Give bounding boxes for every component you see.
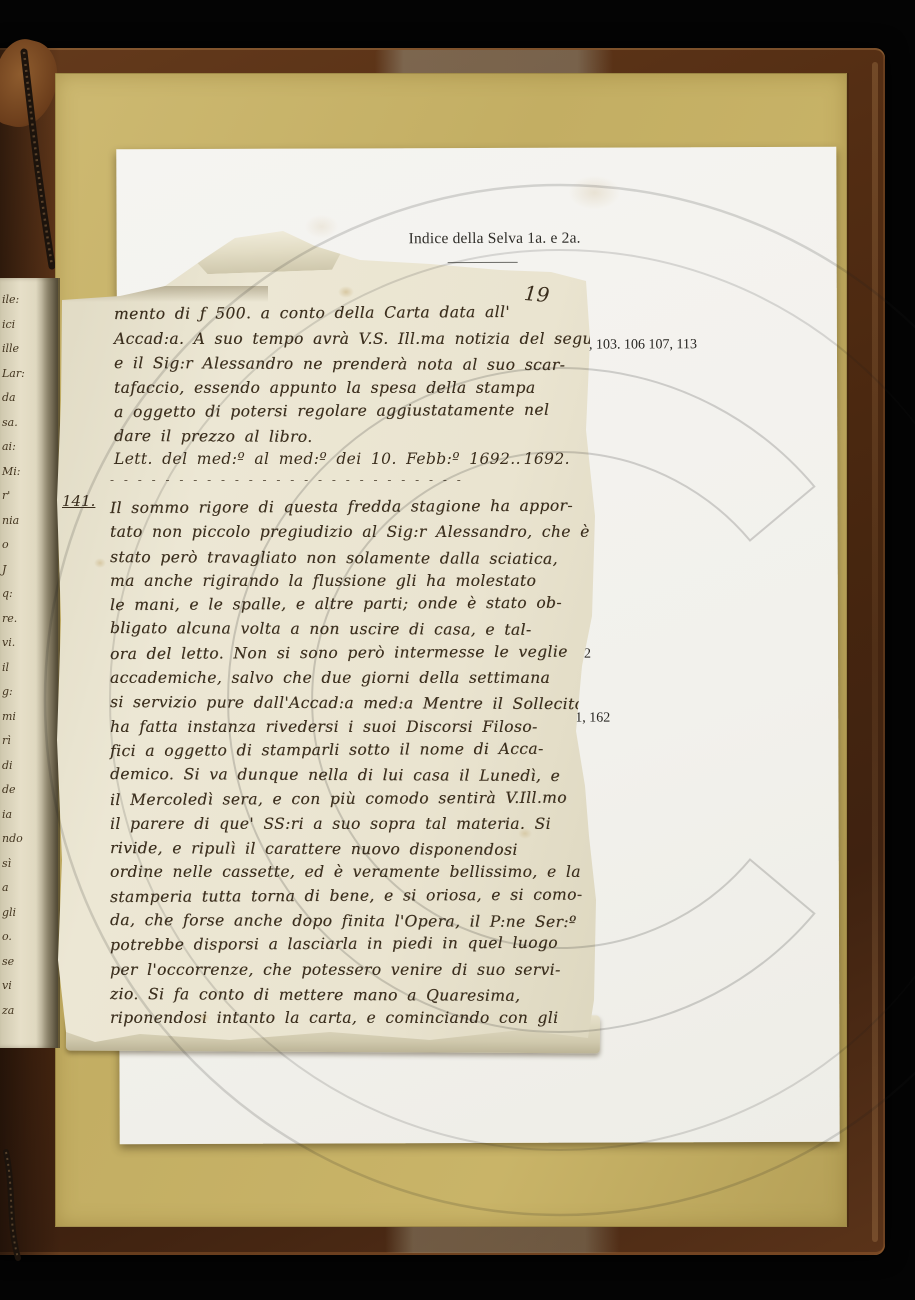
manuscript-opening-paragraph: mento di ƒ 500. a conto della Carta data… — [114, 302, 620, 449]
handwriting-fragment: se — [0, 950, 36, 975]
handwriting-line: stato però travagliato non solamente dal… — [110, 545, 590, 571]
handwriting-fragment: gli — [0, 901, 36, 926]
handwriting-line: zio. Si fa conto di mettere mano a Quare… — [110, 982, 590, 1008]
foxing-stain — [568, 176, 620, 210]
handwriting-line: tato non piccolo pregiudizio al Sig:r Al… — [110, 520, 590, 544]
handwriting-fragment: sì — [0, 852, 36, 877]
handwriting-fragment: di — [0, 754, 36, 779]
handwriting-fragment: o. — [0, 925, 36, 950]
foxing-stain — [94, 558, 106, 568]
handwriting-fragment: ai: — [0, 435, 36, 460]
index-number-line-3: 1, 162 — [575, 711, 610, 727]
foxing-stain — [338, 286, 354, 298]
handwriting-fragment: J — [0, 558, 36, 583]
foxing-stain — [304, 214, 338, 238]
handwriting-line: ha fatta instanza rivedersi i suoi Disco… — [110, 715, 590, 739]
handwriting-line: si servizio pure dall'Accad:a med:a Ment… — [110, 690, 590, 716]
handwriting-line: dare il prezzo al libro. — [114, 423, 620, 450]
handwriting-line: Accad:a. A suo tempo avrà V.S. Ill.ma no… — [114, 327, 620, 352]
handwriting-line: tafaccio, essendo appunto la spesa della… — [114, 376, 620, 401]
handwriting-fragment: g: — [0, 680, 36, 705]
handwriting-fragment: da — [0, 386, 36, 411]
handwriting-fragment: de — [0, 778, 36, 803]
handwriting-line: le mani, e le spalle, e altre parti; ond… — [110, 591, 590, 618]
handwriting-fragment: ille — [0, 337, 36, 362]
foxing-stain — [198, 1013, 210, 1022]
worn-leather-patch-top — [375, 50, 613, 74]
handwriting-line: a oggetto di potersi regolare aggiustata… — [114, 397, 620, 424]
foxing-stain — [518, 828, 532, 839]
handwriting-line: bligato alcuna volta a non uscire di cas… — [110, 616, 590, 642]
handwriting-line: ordine nelle cassette, ed è veramente be… — [110, 860, 590, 884]
paragraph-number: 141. — [62, 492, 95, 510]
header-rule — [448, 262, 518, 263]
handwriting-line: riponendosi intanto la carta, e comincia… — [110, 1006, 590, 1030]
handwriting-line: il Mercoledì sera, e con più comodo sent… — [110, 785, 590, 812]
handwriting-line: rivide, e ripulì il carattere nuovo disp… — [110, 836, 590, 862]
handwriting-fragment: vi — [0, 974, 36, 999]
letter-caption: Lett. del med:º al med:º dei 10. Febb:º … — [114, 450, 521, 468]
manuscript-main-paragraph: Il sommo rigore di questa fredda stagion… — [110, 496, 590, 1031]
photo-of-manuscript-book: Indice della Selva 1a. e 2a. 1, 103. 106… — [0, 0, 915, 1300]
handwriting-line: stamperia tutta torna di bene, e si orio… — [110, 882, 590, 909]
handwriting-fragment: vi. — [0, 631, 36, 656]
dashed-separator: - - - - - - - - - - - - - - - - - - - - … — [110, 473, 568, 487]
handwriting-fragment: r' — [0, 484, 36, 509]
handwriting-fragment: a — [0, 876, 36, 901]
letter-caption-line: Lett. del med:º al med:º dei 10. Febb:º … — [114, 450, 570, 468]
handwriting-fragment: ile: — [0, 288, 36, 313]
handwriting-line: per l'occorrenze, che potessero venire d… — [110, 958, 590, 982]
manuscript-page: 19 mento di ƒ 500. a conto della Carta d… — [52, 226, 600, 1044]
handwriting-line: ora del letto. Non si sono però intermes… — [110, 639, 590, 666]
handwriting-fragment: ia — [0, 803, 36, 828]
handwriting-fragment: za — [0, 999, 36, 1024]
handwriting-fragment: Lar: — [0, 362, 36, 387]
handwriting-line: demico. Si va dunque nella di lui casa i… — [110, 762, 590, 788]
worn-leather-patch-bottom — [385, 1226, 620, 1253]
printed-page-header: Indice della Selva 1a. e 2a. — [409, 229, 669, 248]
handwriting-fragment: il — [0, 656, 36, 681]
leather-edge-highlight — [872, 62, 878, 1242]
handwriting-fragment: o — [0, 533, 36, 558]
handwriting-fragment: q: — [0, 582, 36, 607]
handwriting-fragment: nia — [0, 509, 36, 534]
handwriting-line: e il Sig:r Alessandro ne prenderà nota a… — [114, 351, 620, 378]
handwriting-fragment: sa. — [0, 411, 36, 436]
handwriting-line: ma anche rigirando la flussione gli ha m… — [110, 569, 590, 593]
handwriting-line: fici a oggetto di stamparli sotto il nom… — [110, 736, 590, 763]
handwriting-line: potrebbe disporsi a lasciarla in piedi i… — [110, 931, 590, 958]
handwriting-line: accademiche, salvo che due giorni della … — [110, 666, 590, 690]
handwriting-fragment: rì — [0, 729, 36, 754]
index-number-line-1: 1, 103. 106 107, 113 — [582, 337, 697, 353]
handwriting-fragment: mi — [0, 705, 36, 730]
handwriting-line: Il sommo rigore di questa fredda stagion… — [110, 493, 590, 520]
letter-date: 1692. — [524, 450, 570, 468]
handwriting-fragments-column: ile:iciilleLar:dasa.ai:Mi:r'niaoJq:re.vi… — [0, 288, 36, 1023]
page-gutter-shadow — [36, 278, 60, 1048]
handwriting-fragment: ici — [0, 313, 36, 338]
handwriting-fragment: ndo — [0, 827, 36, 852]
handwriting-fragment: Mi: — [0, 460, 36, 485]
handwriting-fragment: re. — [0, 607, 36, 632]
handwriting-line: mento di ƒ 500. a conto della Carta data… — [114, 299, 620, 326]
